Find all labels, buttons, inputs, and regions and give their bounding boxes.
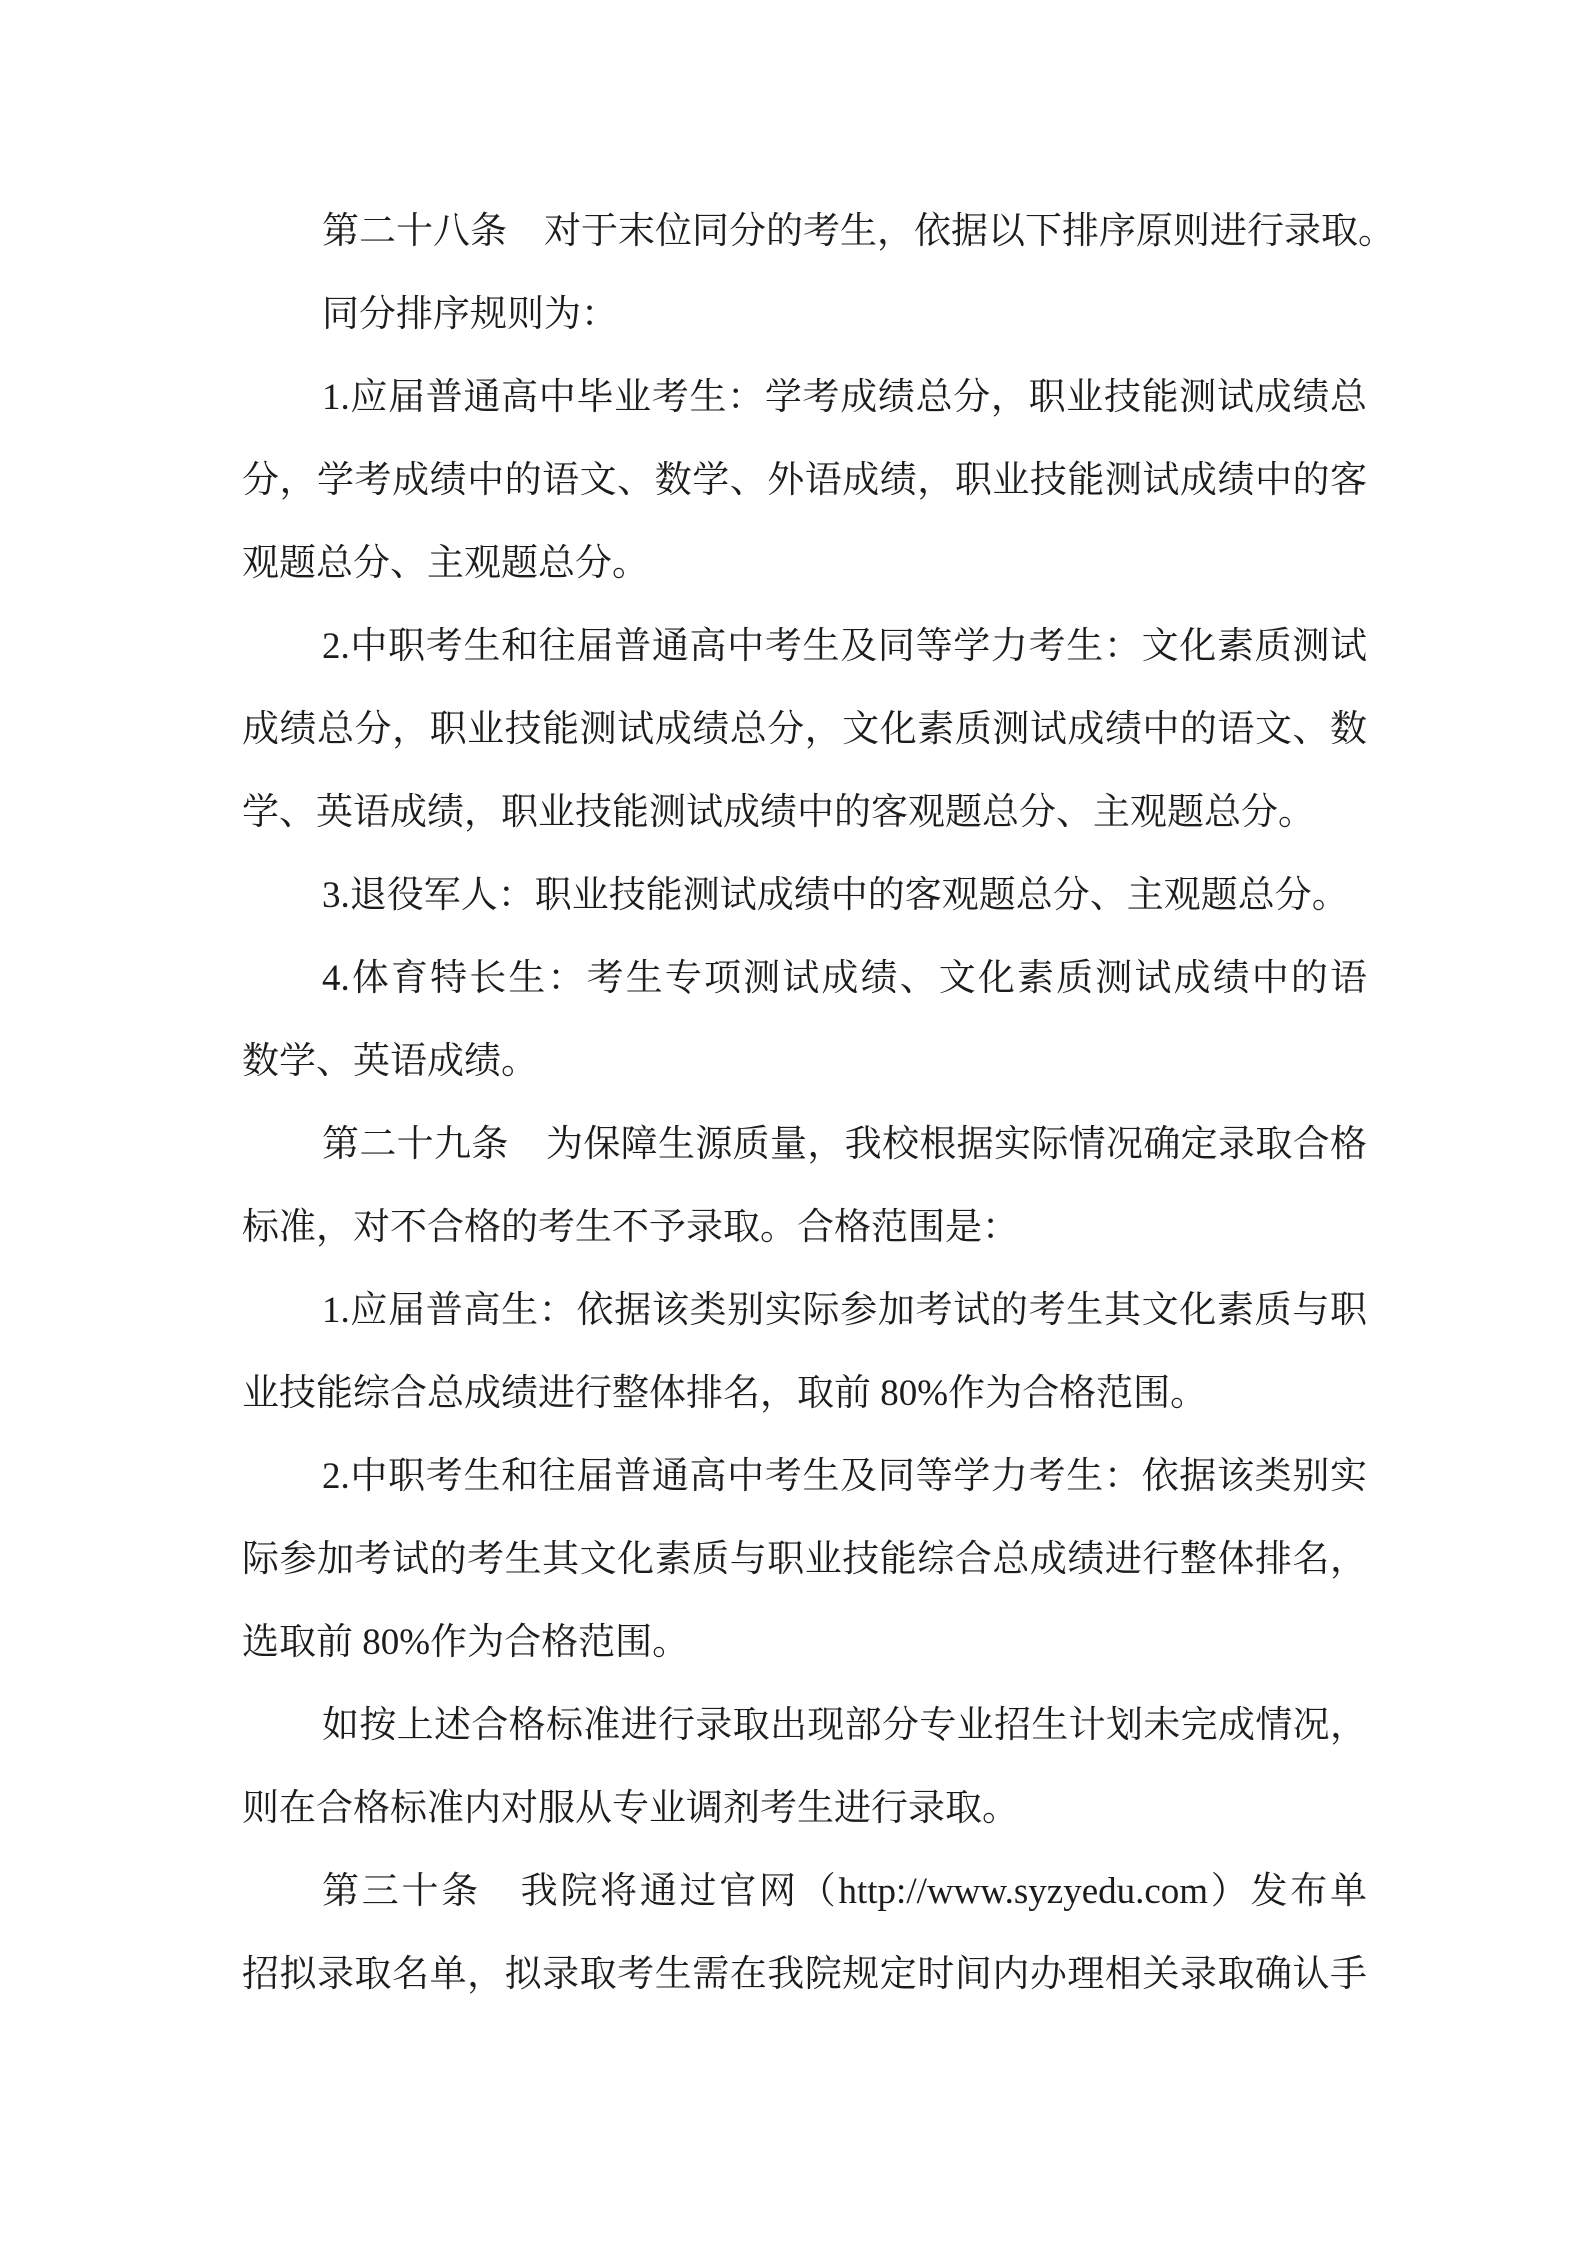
text-line: 学、英语成绩，职业技能测试成绩中的客观题总分、主观题总分。 — [242, 771, 1367, 854]
document-page: 第二十八条 对于末位同分的考生，依据以下排序原则进行录取。 同分排序规则为： 1… — [0, 0, 1587, 2245]
text-line: 2.中职考生和往届普通高中考生及同等学力考生：依据该类别实 — [242, 1435, 1367, 1518]
text-line: 数学、英语成绩。 — [242, 1020, 1367, 1103]
text-line: 第二十九条 为保障生源质量，我校根据实际情况确定录取合格 — [242, 1103, 1367, 1186]
text-line: 1.应届普通高中毕业考生：学考成绩总分，职业技能测试成绩总 — [242, 356, 1367, 439]
text-line: 业技能综合总成绩进行整体排名，取前 80%作为合格范围。 — [242, 1352, 1367, 1435]
text-line: 如按上述合格标准进行录取出现部分专业招生计划未完成情况， — [242, 1684, 1367, 1767]
text-line: 观题总分、主观题总分。 — [242, 522, 1367, 605]
text-line: 则在合格标准内对服从专业调剂考生进行录取。 — [242, 1767, 1367, 1850]
text-line: 第二十八条 对于末位同分的考生，依据以下排序原则进行录取。 — [242, 190, 1367, 273]
text-line: 选取前 80%作为合格范围。 — [242, 1601, 1367, 1684]
document-content: 第二十八条 对于末位同分的考生，依据以下排序原则进行录取。 同分排序规则为： 1… — [242, 190, 1367, 2016]
text-line: 4.体育特长生：考生专项测试成绩、文化素质测试成绩中的语文、 — [242, 937, 1367, 1020]
text-line: 际参加考试的考生其文化素质与职业技能综合总成绩进行整体排名， — [242, 1518, 1367, 1601]
text-line: 2.中职考生和往届普通高中考生及同等学力考生：文化素质测试 — [242, 605, 1367, 688]
text-line: 成绩总分，职业技能测试成绩总分，文化素质测试成绩中的语文、数 — [242, 688, 1367, 771]
text-line: 分，学考成绩中的语文、数学、外语成绩，职业技能测试成绩中的客 — [242, 439, 1367, 522]
text-line: 同分排序规则为： — [242, 273, 1367, 356]
text-line: 1.应届普高生：依据该类别实际参加考试的考生其文化素质与职 — [242, 1269, 1367, 1352]
text-line: 标准，对不合格的考生不予录取。合格范围是： — [242, 1186, 1367, 1269]
text-line: 3.退役军人：职业技能测试成绩中的客观题总分、主观题总分。 — [242, 854, 1367, 937]
text-line: 招拟录取名单，拟录取考生需在我院规定时间内办理相关录取确认手 — [242, 1933, 1367, 2016]
text-line: 第三十条 我院将通过官网（http://www.syzyedu.com）发布单 — [242, 1850, 1367, 1933]
